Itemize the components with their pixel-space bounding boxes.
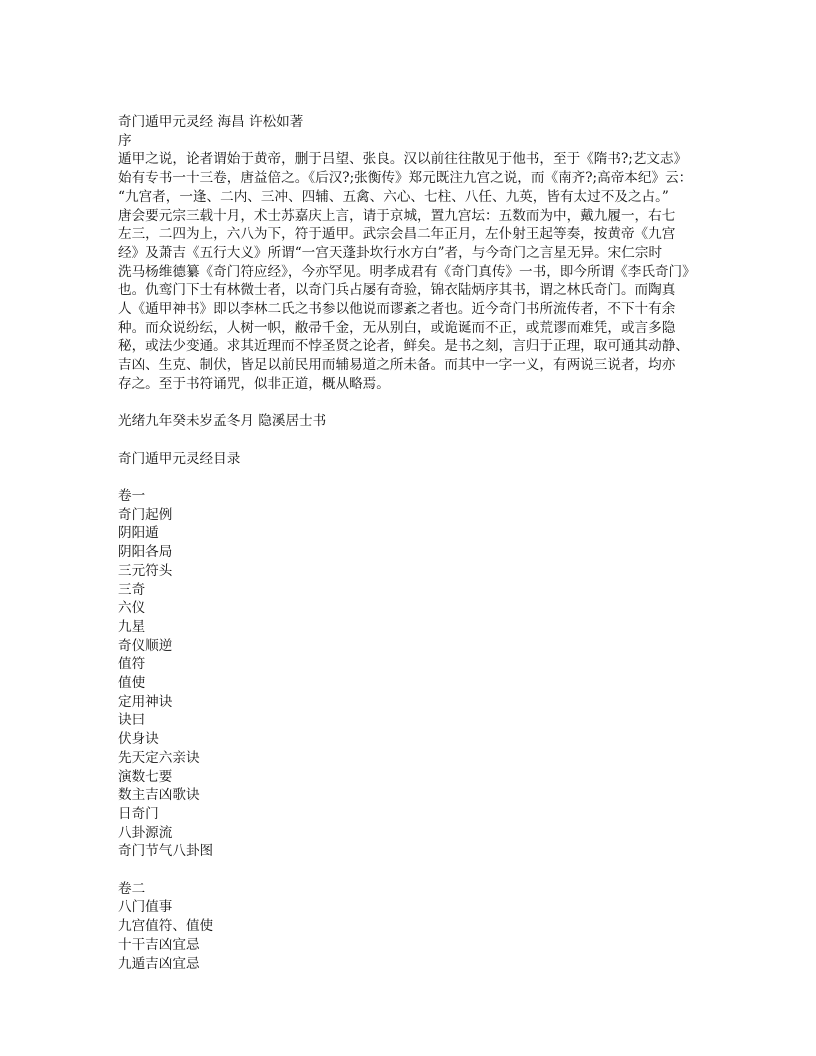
toc-volume-1: 卷一 奇门起例 阴阳遁 阴阳各局 三元符头 三奇 六仪 九星 奇仪顺逆 值符 值… [118,487,708,861]
toc-item: 六仪 [118,599,708,618]
toc-item: 定用神诀 [118,693,708,712]
preface-body: 遁甲之说，论者谓始于黄帝，删于吕望、张良。汉以前往往散见于他书，至于《隋书?;艺… [118,150,708,393]
spacer [118,394,708,413]
toc-item: 阴阳遁 [118,524,708,543]
preface-line: 存之。至于书符诵咒，似非正道，概从略焉。 [118,375,708,394]
toc-item: 数主吉凶歌诀 [118,786,708,805]
preface-line: 秘，或法少变通。求其近理而不悖圣贤之论者，鲜矣。是书之刻，言归于正理，取可通其动… [118,337,708,356]
preface-line: 种。而众说纷纭，人树一帜，敝帚千金，无从别白，或诡诞而不正，或荒谬而难凭，或言多… [118,319,708,338]
toc-item: 先天定六亲诀 [118,749,708,768]
preface-line: 始有专书一十三卷，唐益倍之。《后汉?;张衡传》郑元既注九宫之说，而《南齐?;高帝… [118,169,708,188]
preface-signature: 光绪九年癸未岁孟冬月 隐溪居士书 [118,412,708,431]
preface-line: 左三，二四为上，六八为下，符于遁甲。武宗会昌二年正月，左仆射王起等奏，按黄帝《九… [118,225,708,244]
toc-item: 八门值事 [118,898,708,917]
preface-line: “九宫者，一逢、二内、三冲、四辅、五禽、六心、七柱、八任、九英，皆有太过不及之占… [118,188,708,207]
document-title: 奇门遁甲元灵经 海昌 许松如著 [118,113,708,132]
spacer [118,431,708,450]
toc-item: 日奇门 [118,805,708,824]
preface-line: 遁甲之说，论者谓始于黄帝，删于吕望、张良。汉以前往往散见于他书，至于《隋书?;艺… [118,150,708,169]
preface-heading: 序 [118,132,708,151]
toc-item: 值符 [118,655,708,674]
toc-item: 值使 [118,674,708,693]
volume-label: 卷一 [118,487,708,506]
preface-line: 也。仇鸾门下士有林微士者，以奇门兵占屡有奇验，锦衣陆炳序其书，谓之林氏奇门。而陶… [118,281,708,300]
preface-line: 经》及萧吉《五行大义》所谓“一宫天蓬卦坎行水方白”者，与今奇门之言星无异。宋仁宗… [118,244,708,263]
spacer [118,861,708,880]
toc-item: 演数七要 [118,768,708,787]
toc-item: 奇仪顺逆 [118,637,708,656]
preface-line: 洗马杨维德纂《奇门符应经》，今亦罕见。明孝成君有《奇门真传》一书，即今所谓《李氏… [118,263,708,282]
volume-label: 卷二 [118,880,708,899]
toc-volume-2: 卷二 八门值事 九宫值符、值使 十干吉凶宜忌 九遁吉凶宜忌 [118,880,708,974]
toc-item: 伏身诀 [118,730,708,749]
toc-item: 九宫值符、值使 [118,917,708,936]
spacer [118,468,708,487]
toc-item: 诀曰 [118,711,708,730]
preface-line: 唐会要元宗三载十月，术士苏嘉庆上言，请于京城，置九宫坛：五数而为中，戴九履一，右… [118,207,708,226]
toc-item: 十干吉凶宜忌 [118,936,708,955]
toc-item: 九遁吉凶宜忌 [118,955,708,974]
toc-item: 奇门节气八卦图 [118,842,708,861]
preface-line: 吉凶、生克、制伏，皆足以前民用而辅易道之所未备。而其中一字一义，有两说三说者，均… [118,356,708,375]
toc-item: 九星 [118,618,708,637]
preface-line: 人《遁甲神书》即以李林二氏之书参以他说而谬紊之者也。近今奇门书所流传者，不下十有… [118,300,708,319]
toc-item: 阴阳各局 [118,543,708,562]
toc-title: 奇门遁甲元灵经目录 [118,450,708,469]
toc-item: 八卦源流 [118,824,708,843]
document-page: 奇门遁甲元灵经 海昌 许松如著 序 遁甲之说，论者谓始于黄帝，删于吕望、张良。汉… [118,113,708,973]
toc-item: 三奇 [118,581,708,600]
toc-item: 奇门起例 [118,506,708,525]
toc-item: 三元符头 [118,562,708,581]
